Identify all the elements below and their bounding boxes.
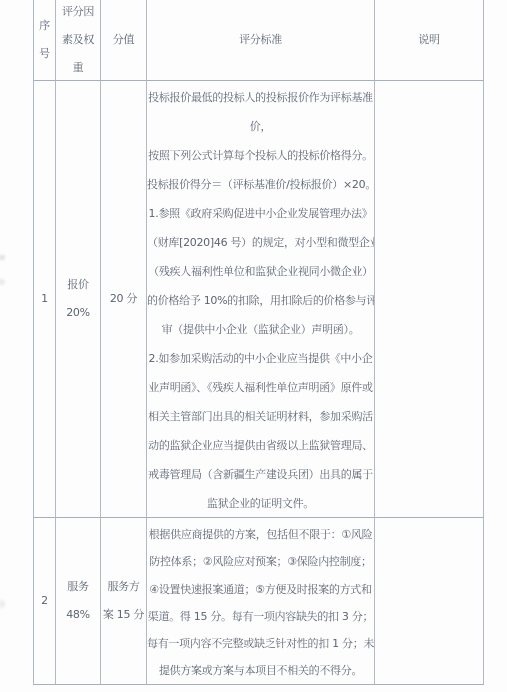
criteria-line: 审（提供中小企业（监狱企业）声明函）。 bbox=[147, 315, 374, 344]
header-factor-line: 重 bbox=[73, 54, 84, 81]
criteria-line: 每有一项内容不完整或缺乏针对性的扣 1 分；未 bbox=[147, 630, 374, 657]
header-cell-factor-weight: 评分因 素及权 重 bbox=[56, 0, 101, 81]
row1-serial-number: 1 bbox=[41, 285, 48, 313]
header-note-label: 说明 bbox=[418, 26, 439, 54]
row2-factor-line: 48% bbox=[66, 601, 90, 629]
row1-factor-cell: 报价 20% bbox=[56, 81, 101, 518]
header-cell-criteria: 评分标准 bbox=[147, 0, 375, 81]
row1-criteria-cell: 投标报价最低的投标人的投标报价作为评标基准 价， 按照下列公式计算每个投标人的投… bbox=[147, 81, 375, 518]
criteria-line: 投标报价得分＝（评标基准价/投标报价）×20。 bbox=[147, 170, 374, 199]
scoring-criteria-table: 序 号 评分因 素及权 重 分值 评分标准 说明 1 报价 20% 20 分 投… bbox=[33, 0, 484, 685]
criteria-line: 相关主管部门出具的相关证明材料，参加采购活 bbox=[147, 402, 374, 431]
row2-factor-line: 服务 bbox=[67, 573, 88, 601]
criteria-line: 业声明函》、《残疾人福利性单位声明函》原件或 bbox=[147, 373, 374, 402]
criteria-line: 按照下列公式计算每个投标人的投标价格得分。 bbox=[147, 141, 374, 170]
row2-score-line: 案 15 分 bbox=[103, 601, 144, 629]
row1-note-cell bbox=[375, 81, 484, 518]
header-score-label: 分值 bbox=[113, 26, 134, 54]
criteria-line: 1.参照《政府采购促进中小企业发展管理办法》 bbox=[147, 199, 374, 228]
criteria-line: 防控体系；②风险应对预案；③保险内控制度； bbox=[147, 548, 374, 575]
row1-score-value: 20 分 bbox=[110, 285, 137, 313]
header-factor-line: 素及权 bbox=[62, 26, 94, 54]
header-serial-line: 号 bbox=[39, 40, 50, 68]
criteria-line: 根据供应商提供的方案，包括但不限于：①风险 bbox=[147, 521, 374, 548]
scan-smudge bbox=[0, 598, 7, 610]
row2-factor-cell: 服务 48% bbox=[56, 518, 101, 685]
row2-score-cell: 服务方 案 15 分 bbox=[101, 518, 147, 685]
header-factor-line: 评分因 bbox=[62, 0, 94, 26]
criteria-line: 戒毒管理局（含新疆生产建设兵团）出具的属于 bbox=[147, 460, 374, 489]
criteria-line: 价， bbox=[147, 112, 374, 141]
header-serial-line: 序 bbox=[39, 12, 50, 40]
row2-note-cell bbox=[375, 518, 484, 685]
row2-serial-number: 2 bbox=[41, 587, 48, 615]
scan-smudge bbox=[0, 253, 7, 262]
header-cell-serial-number: 序 号 bbox=[34, 0, 56, 81]
criteria-line: （财库[2020]46 号）的规定，对小型和微型企业 bbox=[147, 228, 374, 257]
criteria-line: 2.如参加采购活动的中小企业应当提供《中小企 bbox=[147, 344, 374, 373]
criteria-line: 投标报价最低的投标人的投标报价作为评标基准 bbox=[147, 83, 374, 112]
row2-criteria-cell: 根据供应商提供的方案，包括但不限于：①风险 防控体系；②风险应对预案；③保险内控… bbox=[147, 518, 375, 685]
criteria-line: 渠道。得 15 分。每有一项内容缺失的扣 3 分； bbox=[147, 603, 374, 630]
scan-smudge bbox=[0, 277, 7, 287]
row2-score-line: 服务方 bbox=[107, 573, 139, 601]
row1-factor-line: 报价 bbox=[67, 271, 88, 299]
header-criteria-label: 评分标准 bbox=[239, 26, 282, 54]
criteria-line: ④设置快速报案通道；⑤方便及时报案的方式和 bbox=[147, 576, 374, 603]
criteria-line: （残疾人福利性单位和监狱企业视同小微企业） bbox=[147, 257, 374, 286]
row2-serial-cell: 2 bbox=[34, 518, 56, 685]
criteria-line: 动的监狱企业应当提供由省级以上监狱管理局、 bbox=[147, 431, 374, 460]
criteria-line: 的价格给予 10%的扣除，用扣除后的价格参与评 bbox=[147, 286, 374, 315]
criteria-line: 监狱企业的证明文件。 bbox=[147, 489, 374, 518]
row1-score-cell: 20 分 bbox=[101, 81, 147, 518]
row1-factor-line: 20% bbox=[66, 299, 90, 327]
row1-serial-cell: 1 bbox=[34, 81, 56, 518]
criteria-line: 提供方案或方案与本项目不相关的不得分。 bbox=[147, 657, 374, 684]
header-cell-score-value: 分值 bbox=[101, 0, 147, 81]
header-cell-note: 说明 bbox=[375, 0, 484, 81]
